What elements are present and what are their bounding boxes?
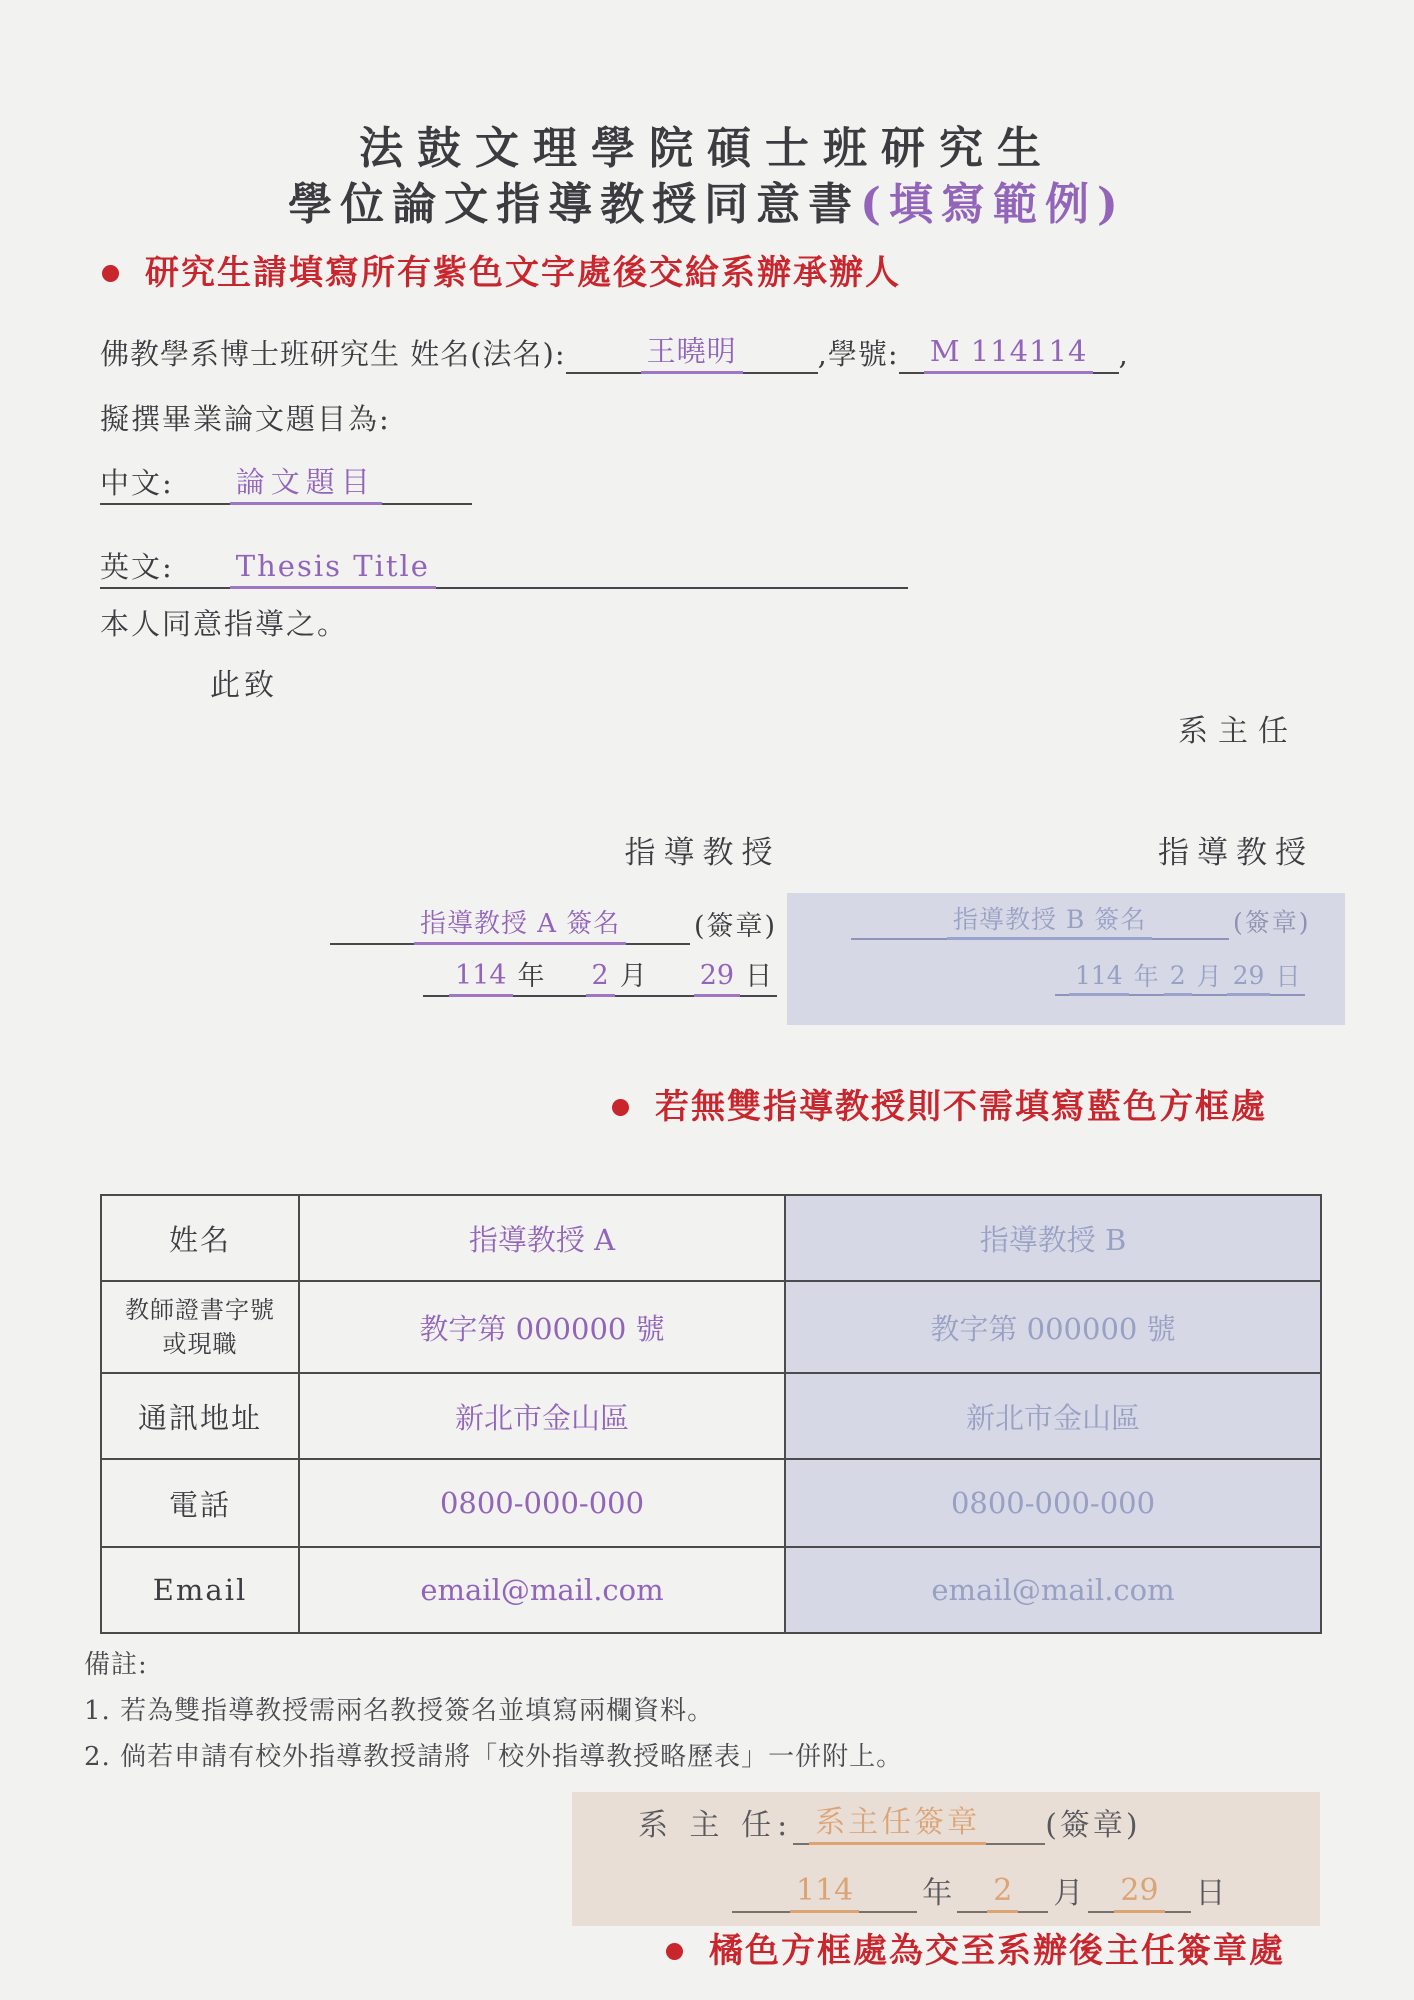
dept-head-signature-line: 系 主 任: 系主任簽章 (簽章) bbox=[638, 1804, 1141, 1845]
blank-underline bbox=[1165, 1910, 1191, 1913]
consent-form-document: 法鼓文理學院碩士班研究生 學位論文指導教授同意書(填寫範例) 研究生請填寫所有紫… bbox=[0, 0, 1414, 2000]
advisor-a-name-cell: 指導教授 A bbox=[299, 1195, 785, 1281]
advisor-a-year-unit: 年 bbox=[513, 959, 550, 997]
blank-underline bbox=[859, 1910, 917, 1913]
blank-underline bbox=[899, 371, 924, 374]
student-name-field: 王曉明 bbox=[566, 331, 818, 374]
purple-fields-notice: 研究生請填寫所有紫色文字處後交給系辦承辦人 bbox=[102, 252, 901, 294]
advisor-a-date-line: 114 年 2 月 29 日 bbox=[423, 958, 777, 997]
student-info-line: 佛教學系博士班研究生 姓名(法名): 王曉明 ,學號: M 114114 , bbox=[100, 331, 1129, 374]
advisor-b-heading: 指導教授 bbox=[1011, 827, 1414, 872]
advisor-b-name-cell: 指導教授 B bbox=[785, 1195, 1321, 1281]
chinese-title-value: 論文題目 bbox=[230, 462, 382, 505]
advisor-a-month-unit: 月 bbox=[615, 959, 652, 997]
page-title-line2: 學位論文指導教授同意書(填寫範例) bbox=[0, 168, 1414, 232]
advisor-a-month-value: 2 bbox=[586, 958, 615, 997]
blank-underline bbox=[1088, 1910, 1114, 1913]
blank-underline bbox=[550, 994, 586, 997]
advisor-a-certificate-cell: 教字第 000000 號 bbox=[299, 1281, 785, 1373]
recipient-dept-head: 系主任 bbox=[1178, 712, 1298, 752]
dept-head-signature-field: 系主任簽章 bbox=[793, 1804, 1045, 1845]
blank-underline bbox=[851, 937, 947, 940]
row-label: 通訊地址 bbox=[101, 1373, 299, 1459]
chinese-title-label: 中文: bbox=[100, 463, 174, 505]
student-id-value: M 114114 bbox=[924, 331, 1094, 374]
advisors-table: 姓名 指導教授 A 指導教授 B 教師證書字號 或現職 教字第 000000 號… bbox=[100, 1194, 1322, 1634]
table-row-address: 通訊地址 新北市金山區 新北市金山區 bbox=[101, 1373, 1321, 1459]
blank-underline bbox=[626, 942, 690, 945]
thesis-intro-text: 擬撰畢業論文題目為: bbox=[100, 399, 391, 439]
page-title-line1: 法鼓文理學院碩士班研究生 bbox=[0, 112, 1414, 176]
advisor-b-address-cell: 新北市金山區 bbox=[785, 1373, 1321, 1459]
consent-statement: 本人同意指導之。 bbox=[100, 604, 348, 644]
student-id-label: ,學號: bbox=[818, 334, 899, 374]
advisor-a-day-unit: 日 bbox=[740, 959, 777, 997]
blank-underline bbox=[1152, 937, 1229, 940]
dept-head-year-value: 114 bbox=[790, 1872, 859, 1913]
blank-underline bbox=[793, 1842, 809, 1845]
blue-box-notice-text: 若無雙指導教授則不需填寫藍色方框處 bbox=[655, 1086, 1267, 1128]
dept-head-year-unit: 年 bbox=[917, 1875, 957, 1913]
blank-underline bbox=[1018, 1910, 1048, 1913]
blank-underline bbox=[743, 371, 818, 374]
notes-section: 備註: 1. 若為雙指導教授需兩名教授簽名並填寫兩欄資料。 2. 倘若申請有校外… bbox=[84, 1642, 903, 1780]
bullet-icon bbox=[666, 1943, 683, 1960]
english-title-label: 英文: bbox=[100, 547, 174, 589]
blank-underline bbox=[1055, 993, 1069, 996]
table-row-phone: 電話 0800-000-000 0800-000-000 bbox=[101, 1459, 1321, 1547]
purple-fields-notice-text: 研究生請填寫所有紫色文字處後交給系辦承辦人 bbox=[145, 252, 901, 294]
blank-underline bbox=[652, 994, 694, 997]
advisor-a-signature-line: 指導教授 A 簽名 (簽章) bbox=[330, 906, 777, 945]
blank-underline bbox=[330, 942, 414, 945]
bullet-icon bbox=[102, 265, 119, 282]
advisor-a-phone-cell: 0800-000-000 bbox=[299, 1459, 785, 1547]
row-label: 教師證書字號 或現職 bbox=[101, 1281, 299, 1373]
dept-head-month-value: 2 bbox=[987, 1872, 1018, 1913]
dept-head-sign-box: 系 主 任: 系主任簽章 (簽章) 114 年 2 月 29 日 bbox=[572, 1792, 1320, 1926]
blank-underline bbox=[436, 586, 908, 589]
row-label-line2: 或現職 bbox=[102, 1327, 298, 1361]
dept-head-label: 系 主 任: bbox=[638, 1807, 793, 1845]
thesis-intro-line: 擬撰畢業論文題目為: bbox=[100, 399, 391, 439]
english-title-value: Thesis Title bbox=[230, 546, 436, 589]
consent-text: 本人同意指導之。 bbox=[100, 604, 348, 644]
blank-underline bbox=[174, 586, 230, 589]
advisor-b-seal-label: (簽章) bbox=[1233, 906, 1311, 940]
dept-head-signature-value: 系主任簽章 bbox=[809, 1804, 986, 1845]
student-name-value: 王曉明 bbox=[641, 331, 743, 374]
advisor-a-heading: 指導教授 bbox=[430, 827, 975, 872]
blank-underline bbox=[423, 994, 449, 997]
blank-underline bbox=[732, 1910, 790, 1913]
advisor-a-seal-label: (簽章) bbox=[694, 909, 777, 945]
advisor-b-email-cell: email@mail.com bbox=[785, 1547, 1321, 1633]
table-row-name: 姓名 指導教授 A 指導教授 B bbox=[101, 1195, 1321, 1281]
advisor-a-address-cell: 新北市金山區 bbox=[299, 1373, 785, 1459]
advisor-b-year-unit: 年 bbox=[1129, 960, 1164, 996]
chinese-title-line: 中文: 論文題目 bbox=[100, 462, 472, 505]
row-label: 姓名 bbox=[101, 1195, 299, 1281]
advisor-a-day-value: 29 bbox=[694, 958, 740, 997]
table-row-email: Email email@mail.com email@mail.com bbox=[101, 1547, 1321, 1633]
blank-underline bbox=[957, 1910, 987, 1913]
advisor-a-year-value: 114 bbox=[449, 958, 513, 997]
note-item-2: 2. 倘若申請有校外指導教授請將「校外指導教授略歷表」一併附上。 bbox=[84, 1734, 903, 1780]
fill-example-annotation: (填寫範例) bbox=[860, 179, 1126, 230]
advisor-b-year-value: 114 bbox=[1069, 959, 1129, 996]
blank-underline bbox=[1093, 371, 1118, 374]
orange-box-notice: 橘色方框處為交至系辦後主任簽章處 bbox=[666, 1930, 1285, 1972]
orange-box-notice-text: 橘色方框處為交至系辦後主任簽章處 bbox=[709, 1930, 1285, 1972]
dept-head-month-unit: 月 bbox=[1048, 1875, 1088, 1913]
english-title-line: 英文: Thesis Title bbox=[100, 546, 908, 589]
note-item-1: 1. 若為雙指導教授需兩名教授簽名並填寫兩欄資料。 bbox=[84, 1688, 903, 1734]
blank-underline bbox=[566, 371, 641, 374]
advisor-b-day-unit: 日 bbox=[1270, 960, 1305, 996]
advisor-b-phone-cell: 0800-000-000 bbox=[785, 1459, 1321, 1547]
notes-heading: 備註: bbox=[84, 1642, 903, 1688]
row-label: 電話 bbox=[101, 1459, 299, 1547]
advisor-a-email-cell: email@mail.com bbox=[299, 1547, 785, 1633]
advisor-b-box: 指導教授 B 簽名 (簽章) 114 年 2 月 29 日 bbox=[787, 893, 1345, 1025]
advisor-b-month-unit: 月 bbox=[1192, 960, 1227, 996]
advisor-b-certificate-cell: 教字第 000000 號 bbox=[785, 1281, 1321, 1373]
salutation-text: 此致 bbox=[210, 666, 278, 706]
dept-head-day-unit: 日 bbox=[1191, 1875, 1231, 1913]
advisor-b-signature-field: 指導教授 B 簽名 bbox=[851, 903, 1229, 940]
row-label-line1: 教師證書字號 bbox=[102, 1293, 298, 1327]
dept-head-date-line: 114 年 2 月 29 日 bbox=[732, 1872, 1231, 1913]
student-info-prefix: 佛教學系博士班研究生 姓名(法名): bbox=[100, 334, 566, 374]
salutation: 此致 bbox=[210, 666, 278, 706]
page-title-line2-text: 學位論文指導教授同意書 bbox=[288, 179, 860, 230]
dept-head-seal-label: (簽章) bbox=[1045, 1807, 1140, 1845]
advisor-b-signature-line: 指導教授 B 簽名 (簽章) bbox=[851, 903, 1311, 940]
advisor-b-day-value: 29 bbox=[1227, 959, 1271, 996]
blank-underline bbox=[986, 1842, 1045, 1845]
recipient-text: 系主任 bbox=[1178, 712, 1298, 752]
row-label: Email bbox=[101, 1547, 299, 1633]
advisor-b-signature-value: 指導教授 B 簽名 bbox=[947, 903, 1152, 940]
advisor-b-date-line: 114 年 2 月 29 日 bbox=[1055, 959, 1305, 996]
dept-head-day-value: 29 bbox=[1114, 1872, 1164, 1913]
advisor-a-signature-field: 指導教授 A 簽名 bbox=[330, 906, 690, 945]
trailing-comma: , bbox=[1119, 334, 1129, 374]
table-row-certificate: 教師證書字號 或現職 教字第 000000 號 教字第 000000 號 bbox=[101, 1281, 1321, 1373]
blue-box-notice: 若無雙指導教授則不需填寫藍色方框處 bbox=[612, 1086, 1267, 1128]
blank-underline bbox=[174, 502, 230, 505]
student-id-field: M 114114 bbox=[899, 331, 1119, 374]
advisor-a-signature-value: 指導教授 A 簽名 bbox=[414, 906, 626, 945]
blank-underline bbox=[382, 502, 472, 505]
advisor-b-month-value: 2 bbox=[1164, 959, 1192, 996]
bullet-icon bbox=[612, 1099, 629, 1116]
